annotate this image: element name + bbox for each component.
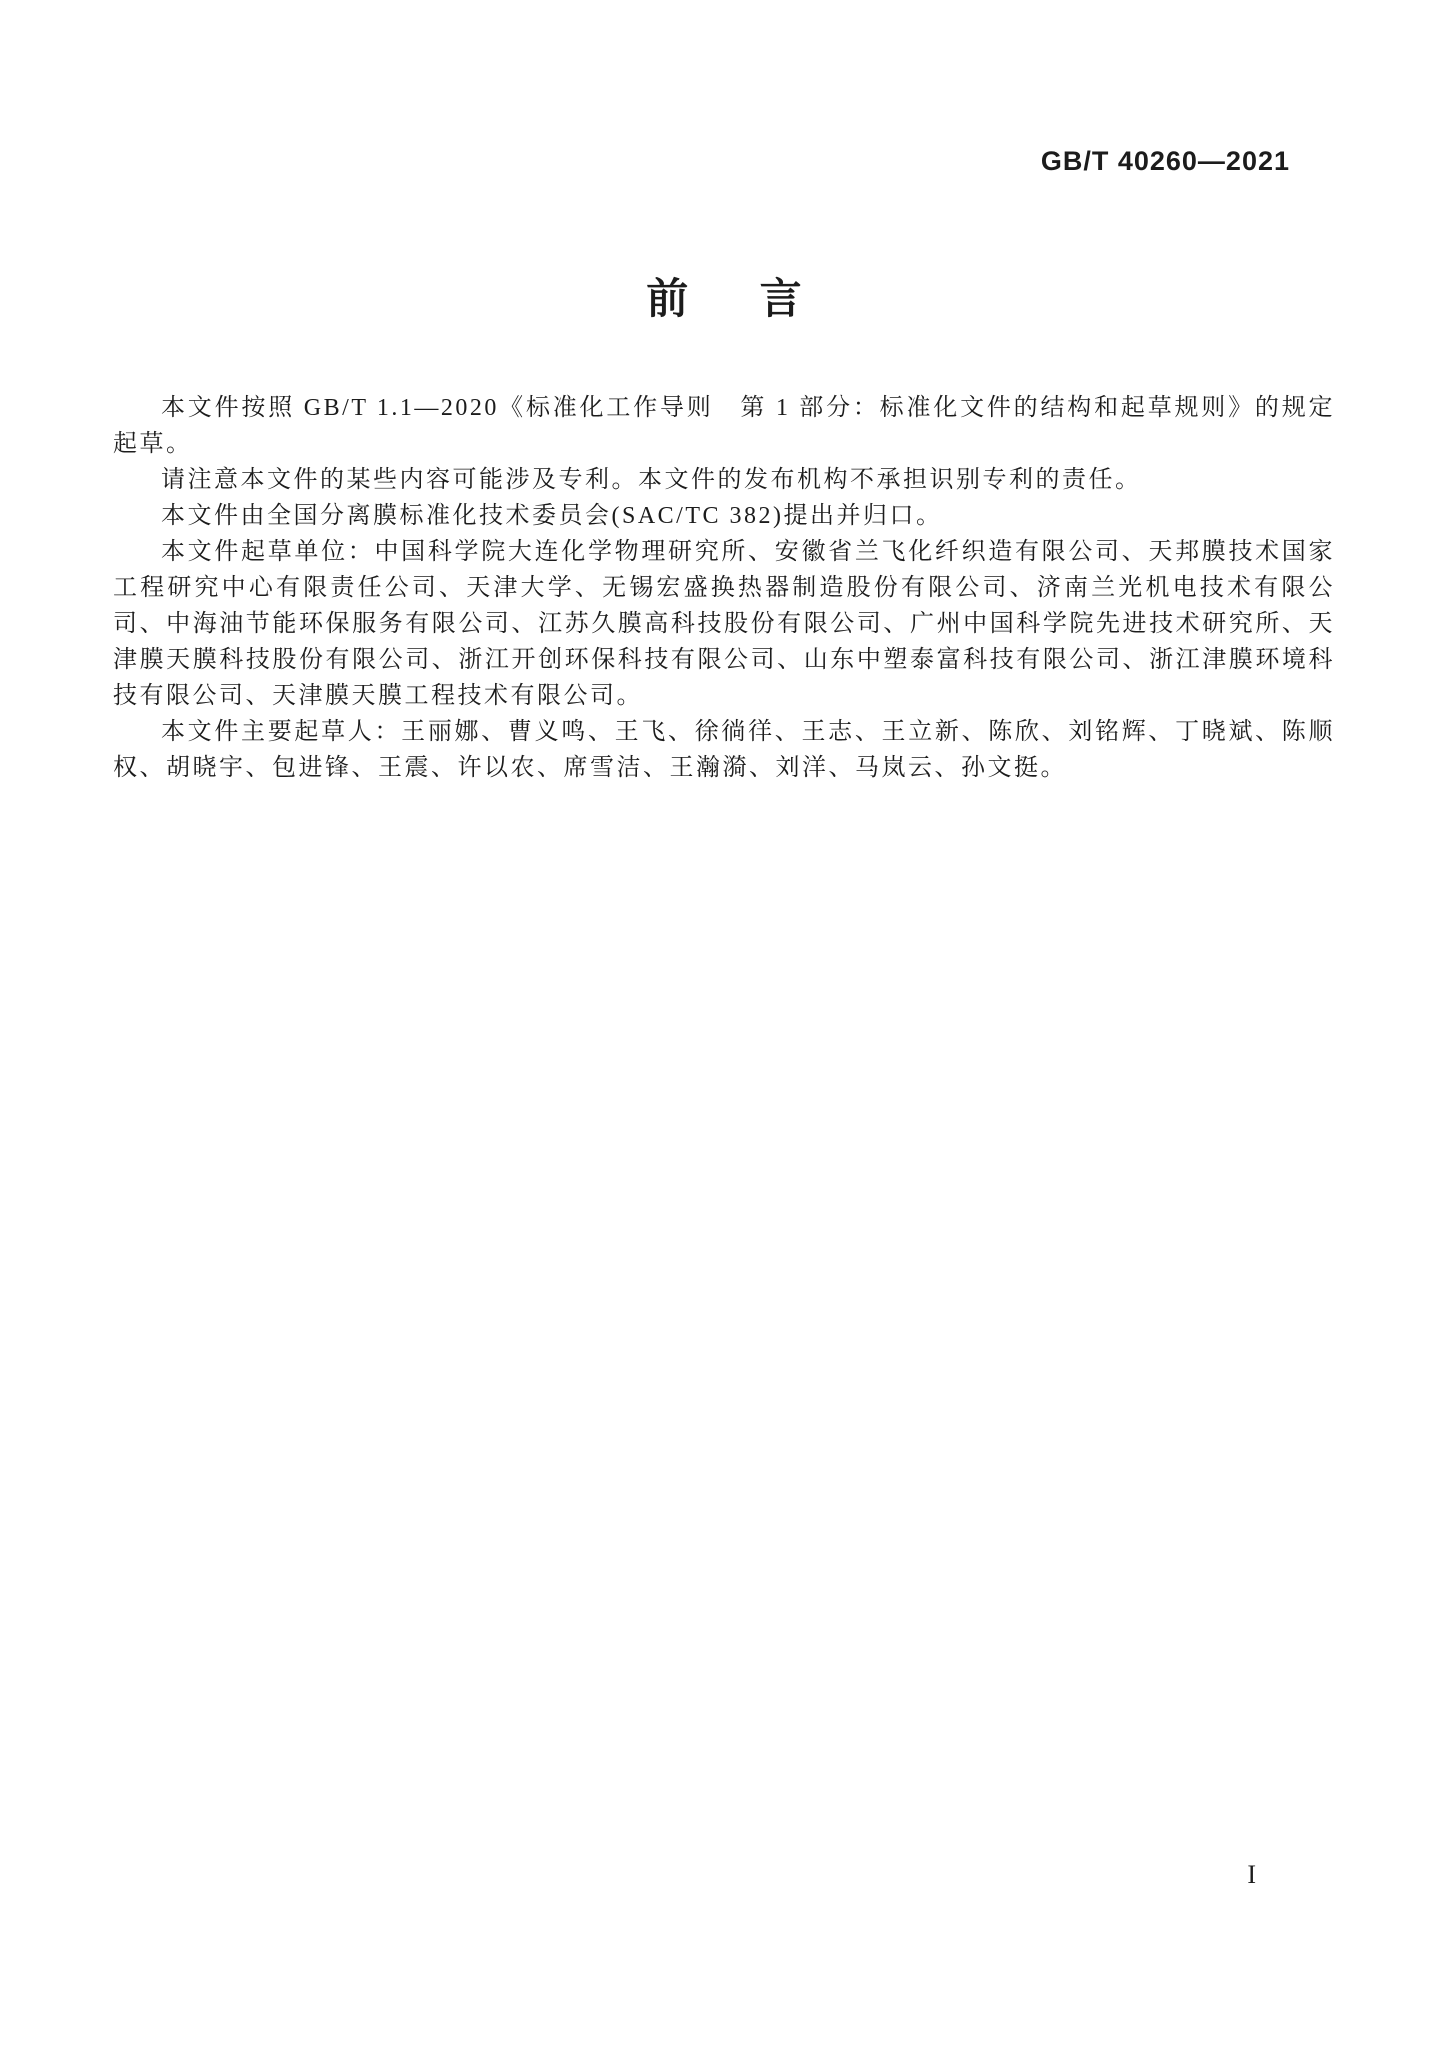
foreword-paragraph: 本文件主要起草人：王丽娜、曹义鸣、王飞、徐徜徉、王志、王立新、陈欣、刘铭辉、丁晓… bbox=[113, 714, 1335, 786]
foreword-paragraph: 本文件按照 GB/T 1.1—2020《标准化工作导则 第 1 部分：标准化文件… bbox=[113, 390, 1335, 462]
page-number: I bbox=[1247, 1860, 1256, 1890]
foreword-body: 本文件按照 GB/T 1.1—2020《标准化工作导则 第 1 部分：标准化文件… bbox=[113, 390, 1335, 786]
document-page: GB/T 40260—2021 前言 本文件按照 GB/T 1.1—2020《标… bbox=[0, 0, 1448, 2048]
standard-number: GB/T 40260—2021 bbox=[1041, 146, 1290, 177]
foreword-paragraph: 请注意本文件的某些内容可能涉及专利。本文件的发布机构不承担识别专利的责任。 bbox=[113, 462, 1335, 498]
foreword-paragraph: 本文件由全国分离膜标准化技术委员会(SAC/TC 382)提出并归口。 bbox=[113, 498, 1335, 534]
page-title: 前言 bbox=[0, 266, 1448, 326]
foreword-paragraph: 本文件起草单位：中国科学院大连化学物理研究所、安徽省兰飞化纤织造有限公司、天邦膜… bbox=[113, 534, 1335, 714]
